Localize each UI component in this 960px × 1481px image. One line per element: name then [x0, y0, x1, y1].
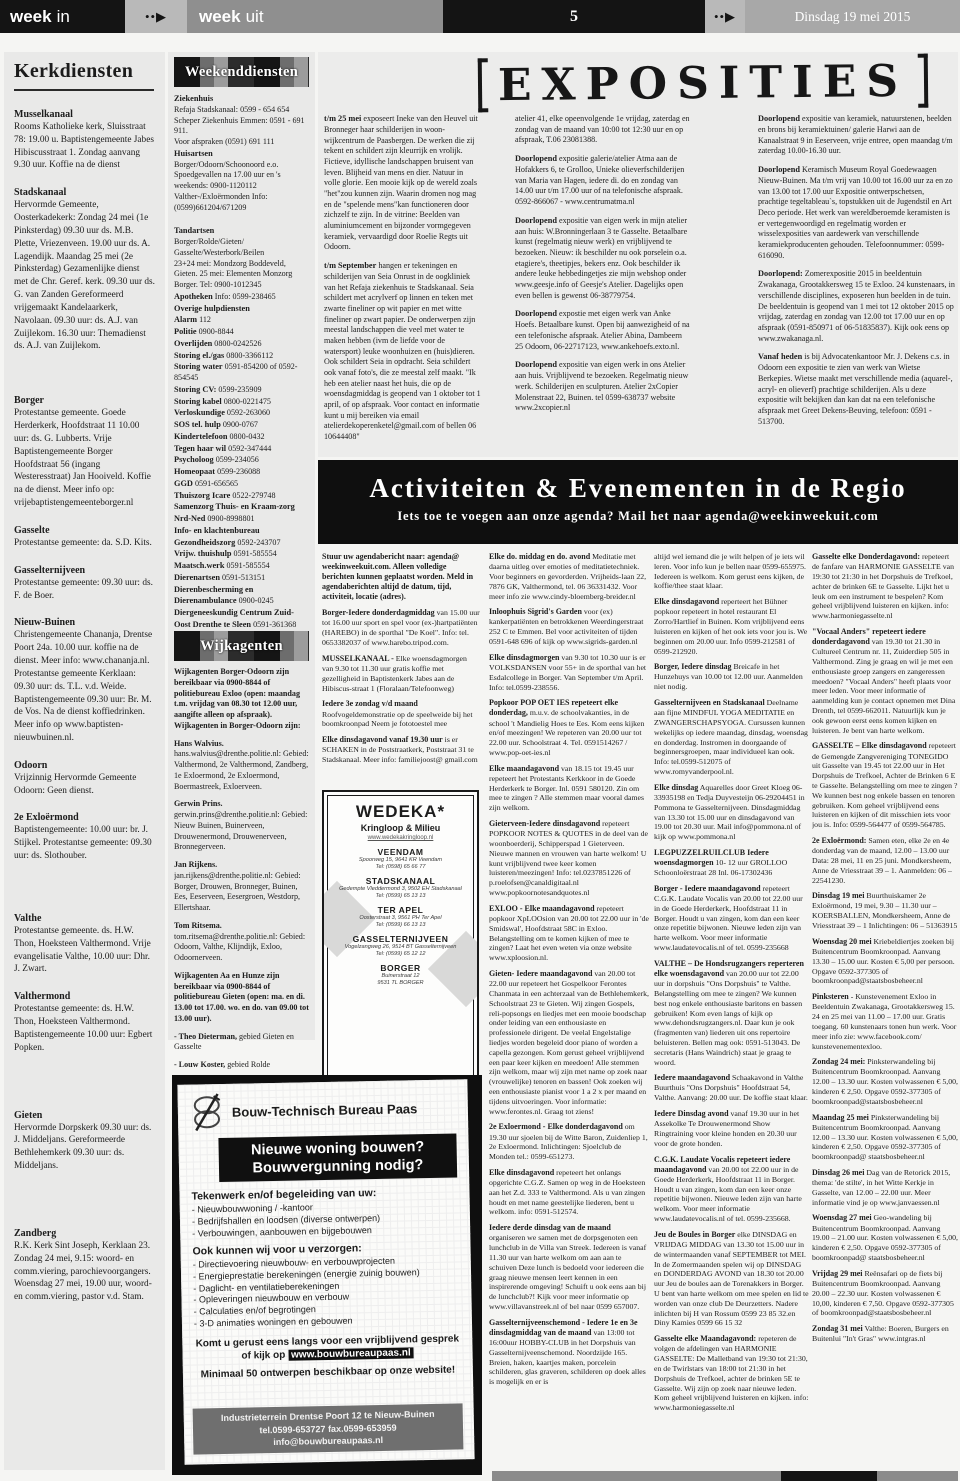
- wijkagent-paragraph: - Louw Koster, gebied Rolde: [174, 1060, 309, 1071]
- service-line: Psycholoog 0599-234056: [174, 454, 309, 466]
- kerkdiensten-title: Kerkdiensten: [14, 60, 155, 83]
- paas-ad-card: Bouw-Technisch Bureau Paas Nieuwe woning…: [177, 1079, 474, 1464]
- wedeka-logo: WEDEKA*: [324, 802, 477, 822]
- expo-item: t/m September hangen er tekeningen en sc…: [324, 261, 481, 443]
- agenda-col-4: Gasselte elke Donderdagavond: repeteert …: [812, 552, 958, 1468]
- paas-logo-icon: [190, 1092, 225, 1133]
- service-line: Huisartsen: [174, 148, 309, 160]
- location-phone: Tel: (0599) 65 12 12: [324, 951, 477, 958]
- agenda-item: Elke do. middag en do. avond Meditatie m…: [489, 552, 649, 601]
- location-name: TER APEL: [324, 905, 477, 915]
- brand-word: week: [199, 7, 241, 27]
- agenda-item: Popkoor POP OET IES repeteert elke donde…: [489, 698, 649, 757]
- wijkagent-paragraph: - Theo Dieterman, gebied Gieten en Gasse…: [174, 1032, 309, 1054]
- service-line: Tandartsen: [174, 225, 309, 237]
- agenda-banner: Activiteiten & Evenementen in de Regio I…: [318, 460, 958, 544]
- agenda-item: Elke dinsdagmorgen van 9.30 tot 10.30 uu…: [489, 653, 649, 693]
- wedeka-website: www.wedekakringloop.nl: [324, 835, 477, 841]
- church-place: Gasselternijveen: [14, 565, 155, 576]
- agenda-banner-subtitle: Iets toe te voegen aan onze agenda? Mail…: [318, 509, 958, 524]
- exposities-title: EXPOSITIES: [468, 52, 939, 115]
- service-line: Refaja Stadskanaal: 0599 - 654 654: [174, 105, 309, 116]
- weekenddiensten-column: Weekenddiensten Ziekenhuis Refaja Stadsk…: [168, 52, 315, 1040]
- exposities-col-3: Doorlopend expositie van keramiek, natuu…: [758, 114, 956, 452]
- paas-footer: Industrieterrein Drentse Poort 12 te Nie…: [193, 1404, 464, 1455]
- expo-item: Doorlopend Keramisch Museum Royal Goedew…: [758, 165, 956, 261]
- church-place: Nieuw-Buinen: [14, 617, 155, 628]
- arrow-dots-icon: ••▶: [125, 0, 187, 33]
- service-line: 23+24 mei: Mondzorg Boddeveld, Gieten. 2…: [174, 259, 309, 291]
- service-line: Dierenartsen 0591-513151: [174, 572, 309, 584]
- issue-date: Dinsdag 19 mei 2015: [745, 0, 960, 33]
- agenda-item: Stuur uw agendabericht naar: agenda@ wee…: [322, 552, 480, 602]
- expo-item: atelier 41, elke opeenvolgende 1e vrijda…: [515, 114, 692, 146]
- wedeka-locations: VEENDAMSpoorweg 15, 9641 KR VeendamTel: …: [324, 847, 477, 987]
- agenda-item: Iedere Dinsdag avond vanaf 19.30 uur in …: [654, 1109, 809, 1149]
- church-body: Protestantse gemeente: da. S.D. Kits.: [14, 537, 155, 550]
- location-phone: Tel: (0598) 65 66 77: [324, 864, 477, 871]
- church-section: GietenHervormde Dorpskerk 09.30 uur: ds.…: [14, 1110, 155, 1173]
- wedeka-location: STADSKANAALGedempte Vleddermond 3, 9502 …: [324, 876, 477, 900]
- church-body: Hervormde Dorpskerk 09.30 uur: ds. J. Mi…: [14, 1122, 155, 1173]
- location-address: Spoorweg 15, 9641 KR Veendam: [324, 857, 477, 864]
- agenda-item: Vrijdag 29 mei Reënsafari op de fiets bi…: [812, 1269, 958, 1318]
- wijkagent-paragraph: Wijkagenten Aa en Hunze zijn bereikbaar …: [174, 971, 309, 1025]
- church-body: Rooms Katholieke kerk, Sluisstraat 78: 1…: [14, 121, 155, 172]
- service-line: Borger/Rolde/Gieten/ Gasselte/Westerbork…: [174, 237, 309, 259]
- expo-item: Doorlopend: Zomerexpositie 2015 in beeld…: [758, 269, 956, 344]
- location-name: GASSELTERNIJVEEN: [324, 934, 477, 944]
- location-address: Gedempte Vleddermond 3, 9502 EH Stadskan…: [324, 886, 477, 893]
- exposities-col-1: t/m 25 mei exposeert Ineke van den Heuve…: [324, 114, 481, 452]
- wijkagent-paragraph: Wijkagenten Borger-Odoorn zijn bereikbaa…: [174, 667, 309, 732]
- church-section: OdoornVrijzinnig Hervormde Gemeente Odoo…: [14, 760, 155, 798]
- church-place: Odoorn: [14, 760, 155, 771]
- expo-item: Doorlopend expositie van keramiek, natuu…: [758, 114, 956, 157]
- location-phone: Tel: (0599) 65 13 13: [324, 893, 477, 900]
- agenda-item: altijd wel iemand die je wilt helpen of …: [654, 552, 809, 591]
- agenda-item: Borger, Iedere dinsdag Breicafe in het H…: [654, 662, 809, 692]
- service-line: Thuiszorg Icare 0522-279748: [174, 490, 309, 502]
- wijkagent-paragraph: Gerwin Prins. gerwin.prins@drenthe.polit…: [174, 799, 309, 853]
- service-line: Apotheken Info: 0599-238465: [174, 291, 309, 303]
- church-place: Stadskanaal: [14, 187, 155, 198]
- church-section: StadskanaalHervormde Gemeente, Oosterkad…: [14, 187, 155, 353]
- location-name: STADSKANAAL: [324, 876, 477, 886]
- agenda-item: C.G.K. Laudate Vocalis repeteert iedere …: [654, 1155, 809, 1224]
- church-section: ValtheProtestantse gemeente. ds. H.W. Th…: [14, 913, 155, 976]
- agenda-item: Elke dinsdag Aquarelles door Greet Kloeg…: [654, 783, 809, 842]
- church-body: Vrijzinnig Hervormde Gemeente Odoorn: Ge…: [14, 772, 155, 798]
- service-line: Borger/Odoorn/Schoonoord e.o. Spoedgeval…: [174, 160, 309, 192]
- agenda-item: Gieten- Iedere maandagavond van 20.00 to…: [489, 969, 649, 1116]
- church-body: Christengemeente Chananja, Drentse Poort…: [14, 629, 155, 744]
- masthead: weekin ••▶ weekuit 5 ••▶ Dinsdag 19 mei …: [0, 0, 960, 33]
- footer-strip: [492, 1471, 958, 1481]
- wedeka-ad: WEDEKA* Kringloop & Milieu www.wedekakri…: [322, 790, 479, 1082]
- church-place: Valthermond: [14, 991, 155, 1002]
- agenda-item: Elke dinsdagavond repeteert het onlangs …: [489, 1168, 649, 1217]
- brand-word: in: [57, 7, 70, 27]
- church-place: Gieten: [14, 1110, 155, 1121]
- wedeka-location: GASSELTERNIJVEENVogelzangweg 26, 9514 BT…: [324, 934, 477, 958]
- agenda-item: Woensdag 27 mei Geo-wandeling bij Buiten…: [812, 1213, 958, 1262]
- wijkagent-paragraph: Tom Ritsema. tom.ritsema@drenthe.politie…: [174, 921, 309, 964]
- wedeka-location: BORGERBuinerstraat 129531 TL BORGER: [324, 963, 477, 987]
- service-line: SOS tel. hulp 0900-0767: [174, 419, 309, 431]
- wedeka-subtitle: Kringloop & Milieu: [324, 823, 477, 833]
- service-line: Alarm 112: [174, 314, 309, 326]
- expo-item: Doorlopend expositie van eigen werk in o…: [515, 360, 692, 414]
- weekenddiensten-list: Ziekenhuis Refaja Stadskanaal: 0599 - 65…: [174, 87, 309, 631]
- service-line: Valther-/Exloërmonden Info: (0599)661204…: [174, 192, 309, 214]
- wijkagenten-list: Wijkagenten Borger-Odoorn zijn bereikbaa…: [174, 661, 309, 1096]
- agenda-banner-title: Activiteiten & Evenementen in de Regio: [318, 473, 958, 504]
- expo-item: Doorlopend Galerie atelier 41, Zuiderstr…: [324, 451, 481, 452]
- church-body: Protestantse gemeente. ds. H.W. Thon, Ho…: [14, 925, 155, 976]
- agenda-item: MUSSELKANAAL - Elke woensdagmorgen van 9…: [322, 654, 480, 694]
- agenda-item: Dinsdag 19 mei Buurthuiskamer 2e Exloërm…: [812, 891, 958, 931]
- page-number: 5: [443, 0, 705, 33]
- agenda-item: Borger-Iedere donderdagmiddag van 15.00 …: [322, 608, 480, 648]
- service-line: Storing CV: 0599-235909: [174, 384, 309, 396]
- agenda-item: VALTHE – De Hondsrugzangers reperteren e…: [654, 959, 809, 1067]
- agenda-item: Gasselternijveenschemond - Iedere 1e en …: [489, 1318, 649, 1387]
- wijkagent-paragraph: Jan Rijkens. jan.rijkens@drenthe.politie…: [174, 860, 309, 914]
- church-body: Protestantse gemeente: ds. H.W. Thon, Ho…: [14, 1003, 155, 1054]
- exposities-col-2: atelier 41, elke opeenvolgende 1e vrijda…: [515, 114, 692, 452]
- church-body: Protestantse gemeente. Goede Herderkerk,…: [14, 407, 155, 510]
- location-name: VEENDAM: [324, 847, 477, 857]
- agenda-item: "Vocaal Anders" repeteert iedere donderd…: [812, 627, 958, 735]
- location-address: Vogelzangweg 26, 9514 BT Gasselternijvee…: [324, 944, 477, 951]
- agenda-item: Elke dinsdagavond reperteert het Bühner …: [654, 597, 809, 656]
- footer-strip-black: [781, 1471, 877, 1481]
- brand-word: week: [10, 7, 52, 27]
- service-line: Voor afspraken (0591) 691 111: [174, 137, 309, 148]
- church-section: MusselkanaalRooms Katholieke kerk, Sluis…: [14, 109, 155, 172]
- church-place: Valthe: [14, 913, 155, 924]
- paas-list1: Nieuwbouwwoning / -kantoorBedrijfshallen…: [192, 1200, 459, 1240]
- service-line: Zorgkompas Odoorn (0591) 580271.: [174, 631, 309, 632]
- wedeka-location: TER APELOosterstraat 3, 9561 PH Ter Apel…: [324, 905, 477, 929]
- agenda-item: Dinsdag 26 mei Dag van de Retorick 2015,…: [812, 1168, 958, 1208]
- location-phone: Tel: (0599) 66 13 13: [324, 922, 477, 929]
- church-place: Zandberg: [14, 1228, 155, 1239]
- agenda-item: Maandag 25 mei Pinksterwandeling bij Bui…: [812, 1113, 958, 1162]
- kerkdiensten-list: MusselkanaalRooms Katholieke kerk, Sluis…: [14, 109, 155, 1304]
- paas-title: Bouw-Technisch Bureau Paas: [232, 1101, 418, 1120]
- agenda-item: Gasselte elke Donderdagavond: repeteert …: [812, 552, 958, 621]
- agenda-col-3: altijd wel iemand die je wilt helpen of …: [654, 552, 809, 1468]
- wijkagent-paragraph: Hans Walvius. hans.walvius@drenthe.polit…: [174, 739, 309, 793]
- agenda-col-2: Elke do. middag en do. avond Meditatie m…: [489, 552, 649, 1468]
- church-body: Protestantse gemeente: 09.30 uur: ds. F.…: [14, 577, 155, 603]
- agenda-item: Woensdag 20 mei Kriebeldiertjes zoeken b…: [812, 937, 958, 986]
- church-body: Hervormde Gemeente, Oosterkadekerk: Zond…: [14, 199, 155, 353]
- agenda-item: Gasselte elke Maandagavond: repeteren de…: [654, 1334, 809, 1413]
- service-line: Samenzorg Thuis- en Kraam-zorg Nrd-Ned 0…: [174, 501, 309, 525]
- service-line: Dierenbescherming en Dierenambulance 090…: [174, 584, 309, 608]
- service-line: Maatsch.werk 0591-585554: [174, 560, 309, 572]
- arrow-dots-icon: ••▶: [705, 0, 745, 33]
- wedeka-location: VEENDAMSpoorweg 15, 9641 KR VeendamTel: …: [324, 847, 477, 871]
- paas-headline-2: Bouwvergunning nodig?: [221, 1156, 455, 1179]
- church-body: R.K. Kerk Sint Joseph, Kerklaan 23. Zond…: [14, 1240, 155, 1304]
- agenda-item: Jeu de Boules in Borger elke DINSDAG en …: [654, 1230, 809, 1328]
- agenda-item: 2e Exloermond - Elke donderdagavond om 1…: [489, 1122, 649, 1162]
- service-line: Kindertelefoon 0800-0432: [174, 431, 309, 443]
- church-place: Musselkanaal: [14, 109, 155, 120]
- expo-item: Vanaf heden is bij Advocatenkantoor Mr. …: [758, 352, 956, 427]
- agenda-item: GASSELTE – Elke dinsdagavond repeteert d…: [812, 741, 958, 830]
- agenda-item: EXLOO - Elke maandagavond repeteert popk…: [489, 904, 649, 963]
- agenda-item: Iedere maandagavond Schaakavond in Valth…: [654, 1073, 809, 1103]
- expo-item: t/m 25 mei exposeert Ineke van den Heuve…: [324, 114, 481, 253]
- bracket-right-icon: [918, 54, 929, 108]
- agenda-col-1: Stuur uw agendabericht naar: agenda@ wee…: [322, 552, 480, 786]
- agenda-item: Elke dinsdagavond vanaf 19.30 uur is er …: [322, 735, 480, 765]
- weekenddiensten-header: Weekenddiensten: [174, 57, 309, 87]
- paas-list2: Directievoering nieuwbouw- en verbouwpro…: [193, 1255, 460, 1330]
- church-section: GasselteProtestantse gemeente: da. S.D. …: [14, 525, 155, 550]
- service-line: Verloskundige 0592-263060: [174, 407, 309, 419]
- agenda-item: Pinksteren - Kunstevenement Exloo in Bee…: [812, 992, 958, 1051]
- title-underline: [14, 89, 154, 91]
- church-section: 2e ExloërmondBaptistengemeente: 10.00 uu…: [14, 812, 155, 862]
- paas-cta: Komt u gerust eens langs voor een vrijbl…: [194, 1333, 460, 1364]
- service-line: Overlijden 0800-0242526: [174, 338, 309, 350]
- bouwbureau-paas-ad: Bouw-Technisch Bureau Paas Nieuwe woning…: [172, 1075, 482, 1475]
- brand-week-uit: weekuit: [187, 0, 443, 33]
- brand-week-in: weekin: [0, 0, 125, 33]
- agenda-item: Gieterveen-Iedere dinsdagavond repeteert…: [489, 819, 649, 898]
- agenda-item: Gasselternijveen en Stadskanaal Deelname…: [654, 698, 809, 777]
- agenda-item: Borger - Iedere maandagavond repeteert C…: [654, 884, 809, 953]
- agenda-item: Iedere 3e zondag v/d maand Roofvogeldemo…: [322, 699, 480, 729]
- agenda-item: Inloophuis Sigrid's Garden voor (ex) kan…: [489, 607, 649, 647]
- location-phone: 9531 TL BORGER: [324, 980, 477, 987]
- service-line: Storing el./gas 0800-3366112: [174, 350, 309, 362]
- church-section: ValthermondProtestantse gemeente: ds. H.…: [14, 991, 155, 1054]
- service-line: Storing kabel 0800-0221475: [174, 396, 309, 408]
- expo-item: Doorlopend expositie galerie/atelier Atm…: [515, 154, 692, 208]
- service-line: Info- en klachtenbureau Gezondheidszorg …: [174, 525, 309, 549]
- church-body: Baptistengemeente: 10.00 uur: br. J. Sti…: [14, 824, 155, 862]
- church-section: BorgerProtestantse gemeente. Goede Herde…: [14, 395, 155, 510]
- expo-item: Doorlopend expostie met eigen werk van A…: [515, 309, 692, 352]
- wijkagenten-header: Wijkagenten: [174, 631, 309, 661]
- service-line: Diergeneeskundig Centrum Zuid-Oost Drent…: [174, 607, 309, 631]
- brand-word: uit: [246, 7, 264, 27]
- paas-website: www.bouwbureaupaas.nl: [288, 1348, 414, 1361]
- exposities-title-text: EXPOSITIES: [498, 55, 909, 110]
- expo-item: Doorlopend expositie van eigen werk in m…: [515, 216, 692, 302]
- paas-min-line: Minimaal 50 ontwerpen beschikbaar op onz…: [195, 1364, 461, 1382]
- agenda-item: 2e Exloërmond: Samen eten, elke 2e en 4e…: [812, 836, 958, 885]
- church-place: Borger: [14, 395, 155, 406]
- service-line: GGD 0591-656565: [174, 478, 309, 490]
- agenda-item: Iedere derde dinsdag van de maand organi…: [489, 1223, 649, 1312]
- service-line: Ziekenhuis: [174, 93, 309, 105]
- kerkdiensten-column: Kerkdiensten MusselkanaalRooms Katholiek…: [4, 52, 165, 1470]
- church-section: GasselternijveenProtestantse gemeente: 0…: [14, 565, 155, 603]
- paas-headline-box: Nieuwe woning bouwen? Bouwvergunning nod…: [218, 1133, 457, 1182]
- service-line: Homeopaat 0599-236088: [174, 466, 309, 478]
- church-place: Gasselte: [14, 525, 155, 536]
- service-line: Overige hulpdiensten: [174, 303, 309, 315]
- location-address: Oosterstraat 3, 9561 PH Ter Apel: [324, 915, 477, 922]
- location-name: BORGER: [324, 963, 477, 973]
- church-section: ZandbergR.K. Kerk Sint Joseph, Kerklaan …: [14, 1228, 155, 1304]
- exposities-section: EXPOSITIES t/m 25 mei exposeert Ineke va…: [318, 52, 958, 457]
- agenda-item: LEGPUZZELRUILCLUB Iedere woensdagmorgen …: [654, 848, 809, 878]
- service-line: Tegen haar wil 0592-347444: [174, 443, 309, 455]
- service-line: Storing water 0591-854200 of 0592-854545: [174, 361, 309, 384]
- service-line: Vrijw. thuishulp 0591-585554: [174, 548, 309, 560]
- church-place: 2e Exloërmond: [14, 812, 155, 823]
- location-address: Buinerstraat 12: [324, 973, 477, 980]
- agenda-item: Zondag 24 mei: Pinksterwandeling bij Bui…: [812, 1057, 958, 1106]
- church-section: Nieuw-BuinenChristengemeente Chananja, D…: [14, 617, 155, 744]
- agenda-item: Zondag 31 mei Valthe: Boeren, Burgers en…: [812, 1324, 958, 1344]
- agenda-item: Elke maandagavond van 18.15 tot 19.45 uu…: [489, 764, 649, 813]
- bracket-left-icon: [478, 58, 489, 112]
- service-line: Scheper Ziekenhuis Emmen: 0591 - 691 911…: [174, 116, 309, 138]
- service-line: Politie 0900-8844: [174, 326, 309, 338]
